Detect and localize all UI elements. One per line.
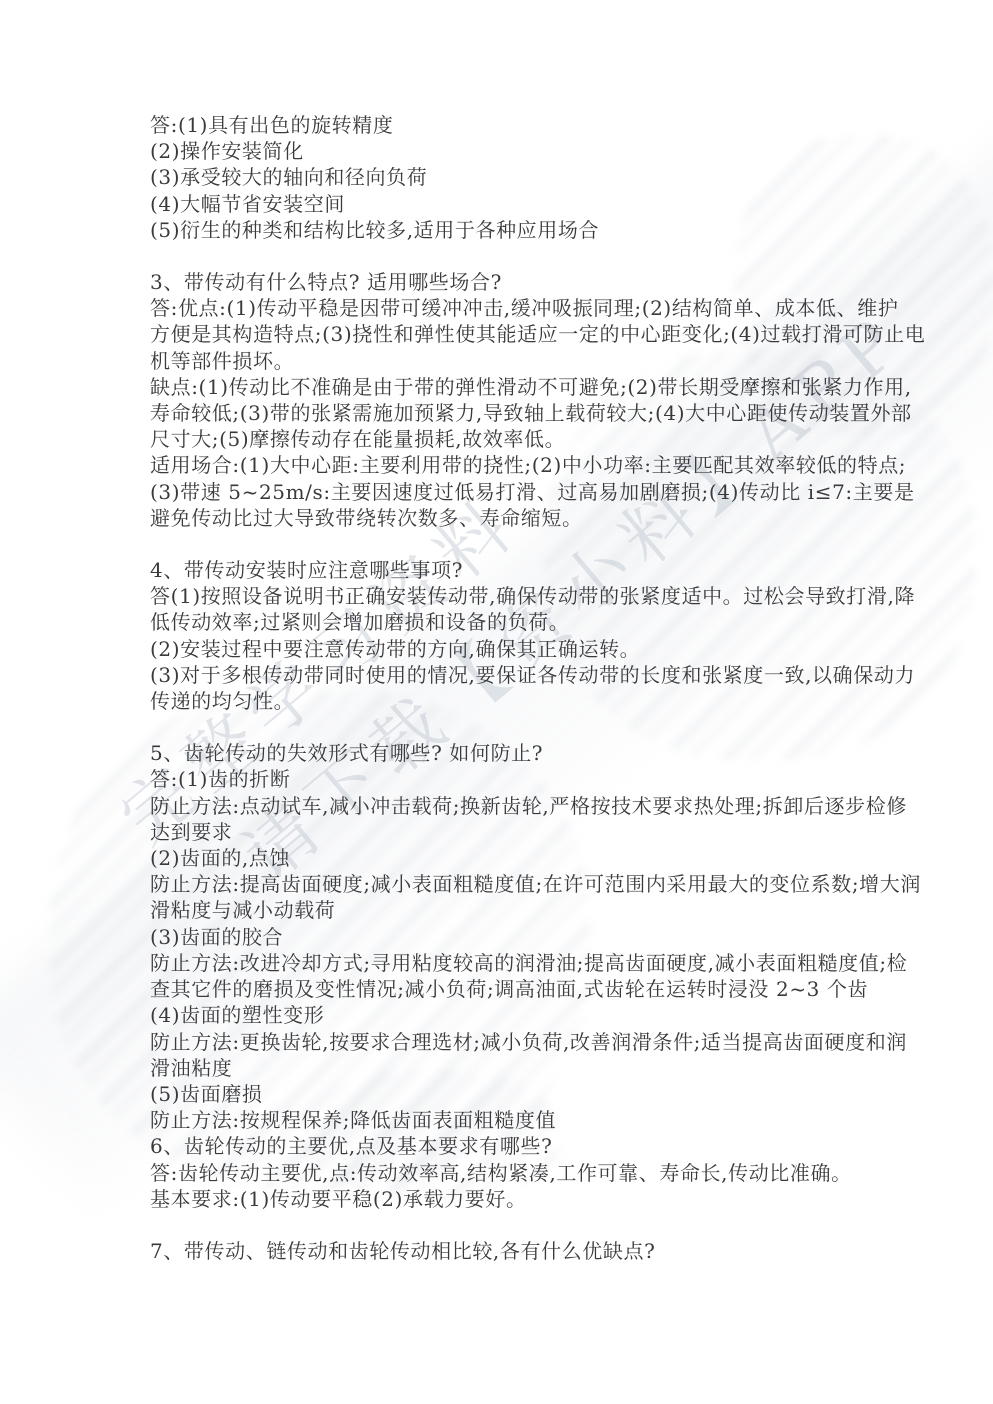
text-line: 5、齿轮传动的失效形式有哪些? 如何防止? — [150, 740, 890, 766]
text-line: 4、带传动安装时应注意哪些事项? — [150, 557, 890, 583]
text-line: (2)安装过程中要注意传动带的方向,确保其正确运转。 — [150, 636, 890, 662]
text-line: 适用场合:(1)大中心距:主要利用带的挠性;(2)中小功率:主要匹配其效率较低的… — [150, 452, 890, 478]
qa-block: 7、带传动、链传动和齿轮传动相比较,各有什么优缺点? — [150, 1238, 890, 1264]
text-line: 寿命较低;(3)带的张紧需施加预紧力,导致轴上载荷较大;(4)大中心距使传动装置… — [150, 400, 890, 426]
text-line: (3)带速 5~25m/s:主要因速度过低易打滑、过高易加剧磨损;(4)传动比 … — [150, 479, 890, 505]
text-line: 机等部件损坏。 — [150, 348, 890, 374]
text-line: 防止方法:更换齿轮,按要求合理选材;减小负荷,改善润滑条件;适当提高齿面硬度和润 — [150, 1029, 890, 1055]
qa-block: 4、带传动安装时应注意哪些事项?答(1)按照设备说明书正确安装传动带,确保传动带… — [150, 557, 890, 714]
text-line: 答:(1)齿的折断 — [150, 766, 890, 792]
document-body: 答:(1)具有出色的旋转精度(2)操作安装简化(3)承受较大的轴向和径向负荷(4… — [150, 112, 890, 1264]
text-line: 滑粘度与减小动载荷 — [150, 897, 890, 923]
qa-block: 3、带传动有什么特点? 适用哪些场合?答:优点:(1)传动平稳是因带可缓冲冲击,… — [150, 269, 890, 531]
text-line: 答:(1)具有出色的旋转精度 — [150, 112, 890, 138]
text-line: (4)齿面的塑性变形 — [150, 1002, 890, 1028]
text-line: 传递的均匀性。 — [150, 688, 890, 714]
text-line: (2)操作安装简化 — [150, 138, 890, 164]
text-line: 防止方法:按规程保养;降低齿面表面粗糙度值 — [150, 1107, 890, 1133]
text-line: (4)大幅节省安装空间 — [150, 191, 890, 217]
text-line: (3)对于多根传动带同时使用的情况,要保证各传动带的长度和张紧度一致,以确保动力 — [150, 662, 890, 688]
text-line: 基本要求:(1)传动要平稳(2)承载力要好。 — [150, 1186, 890, 1212]
text-line: 答:优点:(1)传动平稳是因带可缓冲冲击,缓冲吸振同理;(2)结构简单、成本低、… — [150, 295, 890, 321]
text-line: 避免传动比过大导致带绕转次数多、寿命缩短。 — [150, 505, 890, 531]
text-line: 防止方法:提高齿面硬度;减小表面粗糙度值;在许可范围内采用最大的变位系数;增大润 — [150, 871, 890, 897]
qa-block: 5、齿轮传动的失效形式有哪些? 如何防止?答:(1)齿的折断防止方法:点动试车,… — [150, 740, 890, 1212]
text-line: 达到要求 — [150, 819, 890, 845]
text-line: 尺寸大;(5)摩擦传动存在能量损耗,故效率低。 — [150, 426, 890, 452]
text-line: (5)齿面磨损 — [150, 1081, 890, 1107]
text-line: 防止方法:改进冷却方式;寻用粘度较高的润滑油;提高齿面硬度,减小表面粗糙度值;检 — [150, 950, 890, 976]
text-line: (3)承受较大的轴向和径向负荷 — [150, 164, 890, 190]
text-line: 防止方法:点动试车,减小冲击载荷;换新齿轮,严格按技术要求热处理;拆卸后逐步检修 — [150, 793, 890, 819]
text-line: (5)衍生的种类和结构比较多,适用于各种应用场合 — [150, 217, 890, 243]
text-line: (2)齿面的,点蚀 — [150, 845, 890, 871]
text-line: 滑油粘度 — [150, 1055, 890, 1081]
text-line: 低传动效率;过紧则会增加磨损和设备的负荷。 — [150, 609, 890, 635]
text-line: (3)齿面的胶合 — [150, 924, 890, 950]
text-line: 3、带传动有什么特点? 适用哪些场合? — [150, 269, 890, 295]
text-line: 方便是其构造特点;(3)挠性和弹性使其能适应一定的中心距变化;(4)过载打滑可防… — [150, 321, 890, 347]
text-line: 答(1)按照设备说明书正确安装传动带,确保传动带的张紧度适中。过松会导致打滑,降 — [150, 583, 890, 609]
text-line: 7、带传动、链传动和齿轮传动相比较,各有什么优缺点? — [150, 1238, 890, 1264]
text-line: 缺点:(1)传动比不准确是由于带的弹性滑动不可避免;(2)带长期受摩擦和张紧力作… — [150, 374, 890, 400]
document-page: 完整学习资料 请下载【资小料】APP 答:(1)具有出色的旋转精度(2)操作安装… — [0, 0, 993, 1404]
text-line: 6、齿轮传动的主要优,点及基本要求有哪些? — [150, 1133, 890, 1159]
text-line: 查其它件的磨损及变性情况;减小负荷;调高油面,式齿轮在运转时浸没 2~3 个齿 — [150, 976, 890, 1002]
qa-block: 答:(1)具有出色的旋转精度(2)操作安装简化(3)承受较大的轴向和径向负荷(4… — [150, 112, 890, 243]
text-line: 答:齿轮传动主要优,点:传动效率高,结构紧凑,工作可靠、寿命长,传动比准确。 — [150, 1160, 890, 1186]
